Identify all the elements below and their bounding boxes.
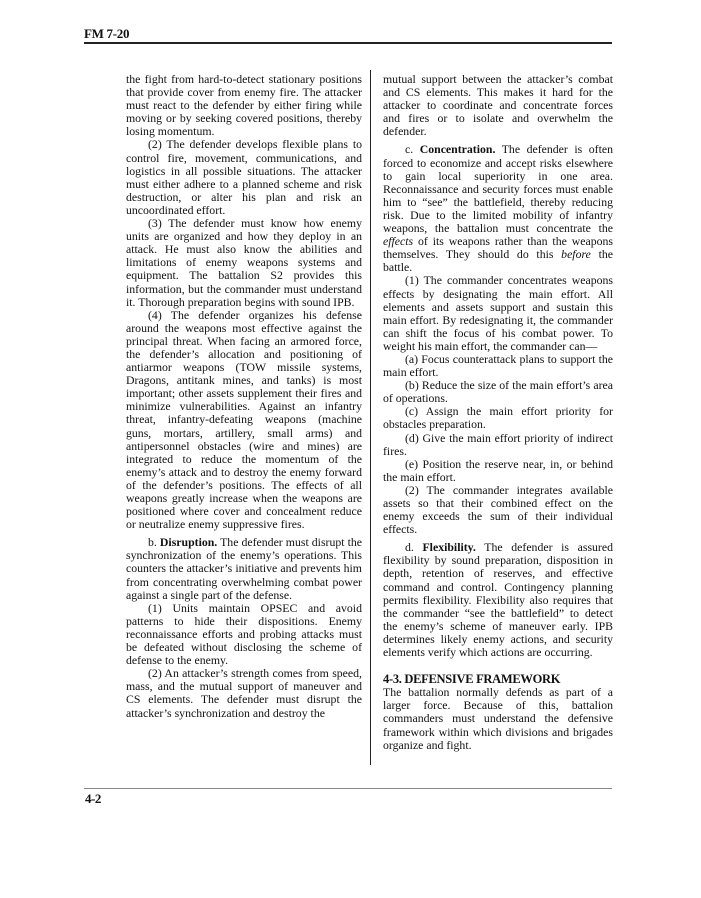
list-item: (a) Focus counterattack plans to support… — [383, 353, 613, 379]
paragraph-disruption: b. Disruption. The defender must disrupt… — [126, 536, 362, 601]
subsection-heading: Disruption. — [160, 535, 217, 549]
emphasis: effects — [383, 234, 413, 248]
paragraph: (1) The commander concentrates weapons e… — [383, 274, 613, 353]
paragraph: (3) The defender must know how enemy uni… — [126, 217, 362, 309]
right-column: mutual support between the attacker’s co… — [383, 73, 613, 752]
paragraph: (1) Units maintain OPSEC and avoid patte… — [126, 602, 362, 667]
column-divider — [370, 70, 371, 765]
paragraph-body: The defender is assured flexibility by s… — [383, 540, 613, 659]
paragraph: (2) The defender develops flexible plans… — [126, 138, 362, 217]
footer-rule — [84, 788, 612, 789]
item-letter: c. — [405, 142, 420, 156]
paragraph-body: The defender is often forced to economiz… — [383, 142, 613, 235]
paragraph: (2) The commander integrates available a… — [383, 484, 613, 536]
header-rule — [84, 42, 612, 44]
left-column: the fight from hard-to-detect stationary… — [126, 73, 362, 720]
item-letter: b. — [148, 535, 160, 549]
paragraph: The battalion normally defends as part o… — [383, 686, 613, 751]
document-header-title: FM 7-20 — [84, 26, 129, 42]
paragraph: (4) The defender organizes his defense a… — [126, 309, 362, 532]
list-item: (b) Reduce the size of the main effort’s… — [383, 379, 613, 405]
list-item: (e) Position the reserve near, in, or be… — [383, 458, 613, 484]
paragraph: mutual support between the attacker’s co… — [383, 73, 613, 138]
paragraph-flexibility: d. Flexibility. The defender is assured … — [383, 541, 613, 659]
subsection-heading: Flexibility. — [422, 540, 475, 554]
subsection-heading: Concentration. — [420, 142, 496, 156]
page-number: 4-2 — [85, 791, 101, 807]
paragraph: (2) An attacker’s strength comes from sp… — [126, 667, 362, 719]
item-letter: d. — [405, 540, 422, 554]
list-item: (d) Give the main effort priority of ind… — [383, 432, 613, 458]
list-item: (c) Assign the main effort priority for … — [383, 405, 613, 431]
paragraph: the fight from hard-to-detect stationary… — [126, 73, 362, 138]
paragraph-concentration: c. Concentration. The defender is often … — [383, 143, 613, 274]
emphasis: before — [561, 247, 591, 261]
